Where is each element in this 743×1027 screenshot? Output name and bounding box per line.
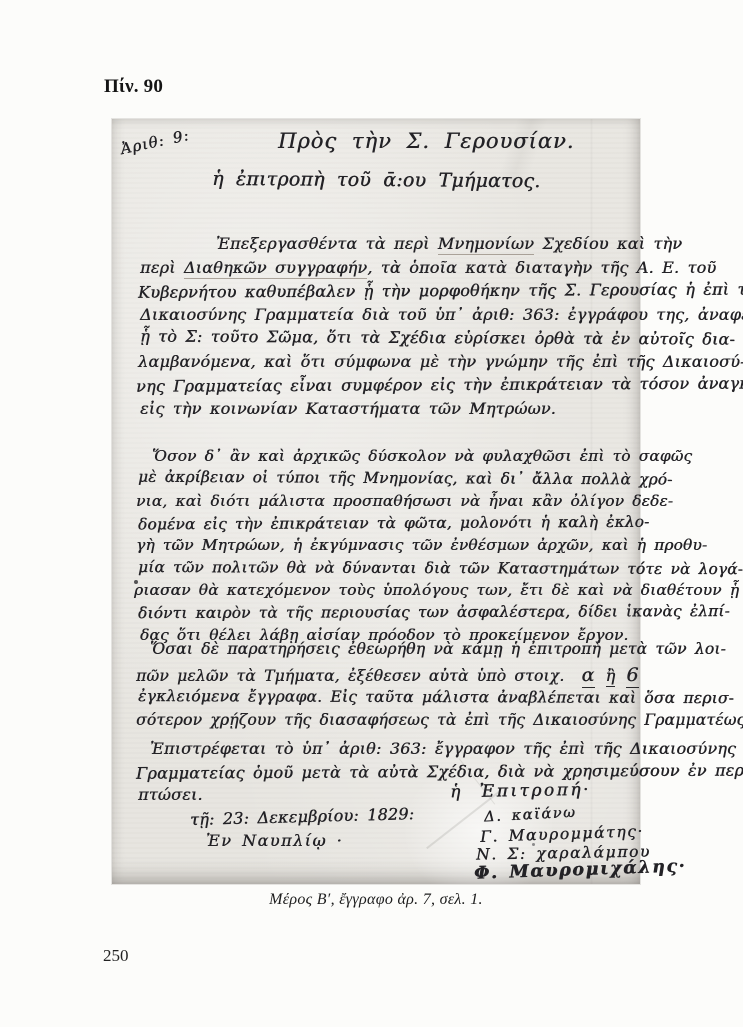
page-number: 250 [103,946,129,966]
ms-paragraph-1-line-1: Ἐπεξεργασθέντα τὰ περὶ Μνημονίων Σχεδίου… [216,236,682,252]
ms-date-line: τῇ: 23: Δεκεμβρίου: 1829: [190,806,415,828]
ms-text-segment: Σχεδίου καὶ τὴν [534,234,682,253]
ms-heading-line-1: Πρὸς τὴν Σ. Γερουσίαν. [278,131,574,152]
ms-signature-1: Δ. καϊάνω [484,806,577,825]
ms-underlined-word: Διαθηκῶν συγγραφήν [184,258,367,279]
ms-paragraph-1-line-8: εἰς τὴν κοινωνίαν Καταστήματα τῶν Μητρώω… [140,401,556,417]
ms-paragraph-1-line-6: λαμβανόμενα, καὶ ὅτι σύμφωνα μὲ τὴν γνώμ… [138,354,743,370]
ms-paragraph-2-line-5: γὴ τῶν Μητρώων, ἡ ἐκγύμνασις τῶν ἐνθέσμω… [136,538,707,553]
photo-caption: Μέρος Β′, ἔγγραφο ἀρ. 7, σελ. 1. [112,891,640,909]
ms-paragraph-4-line-2: Γραμματείας ὁμοῦ μετὰ τὰ αὐτὰ Σχέδια, δι… [136,762,743,781]
ms-paragraph-1-line-4: Δικαιοσύνης Γραμματεία διὰ τοῦ ὑπ᾽ ἀριθ:… [140,307,743,323]
ms-text-segment: , τὰ ὁποῖα κατὰ διαταγὴν τῆς Α. Ε. τοῦ [367,258,716,277]
ms-text-segment: περὶ [140,258,184,277]
ms-underlined-letter-eta: ἢ [606,666,616,687]
ms-doc-number: Ἀριθ: 9: [119,128,191,157]
ms-paragraph-2-line-3: νια, καὶ διότι μάλιστα προσπαθήσωσι νὰ ἦ… [136,494,673,509]
ms-underlined-word: Μνημονίων [438,234,534,255]
ms-paragraph-1-line-7: νης Γραμματείας εἶναι συμφέρον εἰς τὴν ἐ… [136,375,743,394]
ms-paragraph-1-line-2: περὶ Διαθηκῶν συγγραφήν, τὰ ὁποῖα κατὰ δ… [140,260,716,276]
ms-paragraph-4-line-3: πτώσει. [138,787,203,803]
ms-heading-line-2: ἡ ἐπιτροπὴ τοῦ ᾱ:ου Τμήματος. [212,170,541,191]
ms-paragraph-2-line-8: διόντι καιρὸν τὰ τῆς περιουσίας των ἀσφα… [138,604,730,621]
ms-underlined-digit-6: 6 [626,664,638,688]
ms-text-segment: Ἐπεξεργασθέντα τὰ περὶ [216,234,438,253]
plate-label: Πίν. 90 [104,76,163,98]
ms-paragraph-2-line-4: δομένα εἰς τὴν ἐπικράτειαν τὰ φῶτα, μολο… [138,515,649,533]
ms-text-segment: πῶν μελῶν τὰ Τμήματα, ἐξέθεσεν αὐτὰ ὑπὸ … [136,667,573,685]
book-page: Πίν. 90 Ἀριθ: 9: Πρὸς τὴν Σ. Γερουσίαν. … [0,0,743,1027]
ms-paragraph-3-line-2: πῶν μελῶν τὰ Τμήματα, ἐξέθεσεν αὐτὰ ὑπὸ … [136,666,648,685]
ms-paragraph-2-line-1: Ὅσον δ᾽ ἂν καὶ ἀρχικῶς δύσκολον νὰ φυλαχ… [152,449,692,464]
ms-underlined-letter-alpha: α [582,664,595,688]
ms-paragraph-3-line-4: σότερον χρῄζουν τῆς διασαφήσεως τὰ ἐπὶ τ… [136,713,743,729]
ms-paragraph-3-line-3: ἐγκλειόμενα ἔγγραφα. Εἰς ταῦτα μάλιστα ἀ… [138,689,734,707]
ms-paragraph-2-line-2: μὲ ἀκρίβειαν οἱ τύποι τῆς Μνημονίας, καὶ… [138,470,673,488]
ms-paragraph-3-line-1: Ὅσαι δὲ παρατηρήσεις ἐθεωρήθη νὰ κάμῃ ἡ … [150,642,726,658]
manuscript-photo: Ἀριθ: 9: Πρὸς τὴν Σ. Γερουσίαν. ἡ ἐπιτρο… [112,119,640,884]
ms-place-line: Ἐν Ναυπλίῳ · [206,833,343,849]
ms-signature-title: ἡ Ἐπιτροπή· [450,782,591,801]
ms-paragraph-1-line-3: Κυβερνήτου καθυπέβαλεν ᾗ τὴν μορφοθήκην … [138,281,743,300]
ms-paragraph-2-line-7: ριασαν θὰ κατεχόμενον τοὺς ὑπολόγους των… [134,583,743,598]
ms-paragraph-1-line-5: ᾗ τὸ Σ: τοῦτο Σῶμα, ὅτι τὰ Σχέδια εὑρίσκ… [140,328,735,347]
ms-paragraph-2-line-6: μία τῶν πολιτῶν θὰ νὰ δύνανται διὰ τῶν Κ… [138,560,743,577]
ms-signature-4: Φ. Μαυρομιχάλης· [474,858,687,883]
ms-paragraph-4-line-1: Ἐπιστρέφεται τὸ ὑπ᾽ ἀριθ: 363: ἔγγραφον … [150,741,736,757]
